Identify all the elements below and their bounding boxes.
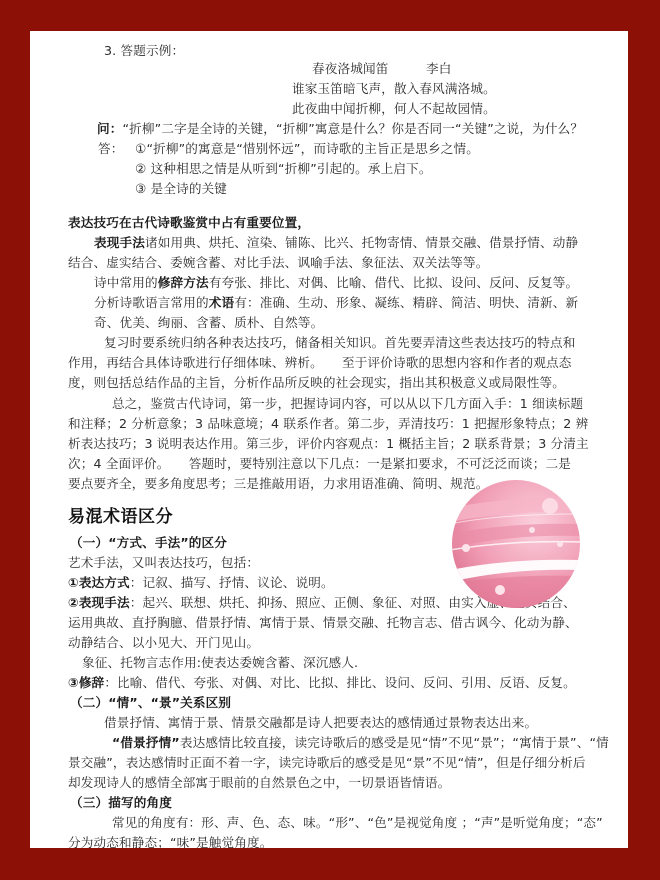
p4-line3: 度，则包括总结作品的主旨，分析作品所反映的社会现实，指出其积极意义或局限性等。	[68, 375, 565, 391]
s1-item1-text: ：记叙、描写、抒情、议论、说明。	[130, 575, 334, 590]
p2-post: 有夸张、排比、对偶、比喻、借代、比拟、设问、反问、反复等。	[209, 275, 579, 290]
p1-bold: 表现手法	[94, 235, 145, 250]
s2-line2: 表达感情比较直接，读完诗歌后的感受是见“情”不见“景”；“寓情于景”、“情	[180, 735, 609, 750]
poem-title: 春夜洛城闻笛	[312, 61, 388, 77]
s3-line2: 分为动态和静态；“味”是触觉角度。	[68, 835, 273, 848]
s1-item2-label: ②表现手法	[68, 595, 130, 610]
s1-item2-line3: 动静结合、以小见大、开门见山。	[68, 635, 259, 651]
p3-post: 有：准确、生动、形象、凝练、精辟、简洁、明快、清新、新	[234, 295, 578, 310]
example-heading: 3. 答题示例：	[104, 43, 184, 59]
p5-line1: 总之，鉴赏古代诗词，第一步，把握诗词内容，可以从以下几方面入手：1 细读标题	[112, 396, 583, 412]
p4-line1: 复习时要系统归纳各种表达技巧，储备相关知识。首先要弄清这些表达技巧的特点和	[104, 335, 576, 351]
p2-pre: 诗中常用的	[94, 275, 158, 290]
answer-2: ② 这种相思之情是从听到“折柳”引起的。承上启下。	[135, 161, 432, 177]
answer-label: 答：	[98, 141, 124, 157]
question-label: 问：	[97, 121, 123, 136]
p3-pre: 分析诗歌语言常用的	[94, 295, 209, 310]
s1-item3-text: ：比喻、借代、夸张、对偶、对比、比拟、排比、设问、反问、引用、反语、反复。	[104, 675, 576, 690]
document-page: 3. 答题示例： 春夜洛城闻笛 李白 谁家玉笛暗飞声，散入春风满洛城。 此夜曲中…	[30, 31, 628, 848]
s1-item2-line2: 运用典故、直抒胸臆、借景抒情、寓情于景、情景交融、托物言志、借古讽今、化动为静、	[68, 615, 578, 631]
answer-1: ①“折柳”的寓意是“惜别怀远”，而诗歌的主旨正是思乡之情。	[135, 141, 479, 157]
answer-3: ③ 是全诗的关键	[135, 181, 227, 197]
s2-line4: 却发现诗人的感情全部寓于眼前的自然景色之中，一切景语皆情语。	[68, 775, 450, 791]
s1-item3-label: ③修辞	[68, 675, 104, 690]
s2-bold: “借景抒情”	[112, 735, 180, 750]
poem-line-2: 此夜曲中闻折柳，何人不起故园情。	[292, 101, 496, 117]
sub3-heading: （三）描写的角度	[70, 795, 172, 811]
p5-line3: 析表达技巧；3 说明表达作用。第三步，评价内容观点：1 概括主旨；2 联系背景；…	[68, 436, 589, 452]
s3-line1: 常见的角度有：形、声、色、态、味。“形”、“色”是视觉角度 ；“声”是听觉角度；…	[112, 815, 603, 831]
p5-line5: 要点要齐全，要多角度思考；三是推敲用语，力求用语准确、简明、规范。	[68, 476, 489, 492]
p5-line2: 和注释；2 分析意象；3 品味意境；4 联系作者。第二步，弄清技巧：1 把握形象…	[68, 416, 588, 432]
p3-bold: 术语	[209, 295, 235, 310]
poem-line-1: 谁家玉笛暗飞声，散入春风满洛城。	[292, 81, 496, 97]
s2-line1: 借景抒情、寓情于景、情景交融都是诗人把要表达的感情通过景物表达出来。	[104, 715, 537, 731]
s1-item1-label: ①表达方式	[68, 575, 130, 590]
poem-author: 李白	[426, 61, 452, 77]
techniques-intro: 表达技巧在古代诗歌鉴赏中占有重要位置，	[68, 215, 310, 231]
p2-bold: 修辞方法	[158, 275, 209, 290]
terms-title: 易混术语区分	[68, 506, 173, 528]
s2-line3: 景交融”，表达感情时正面不着一字，读完诗歌后的感受是见“景”不见“情”，但是仔细…	[68, 755, 586, 771]
s1-note: 象征、托物言志作用:使表达委婉含蓄、深沉感人.	[82, 655, 358, 671]
sub2-heading: （二）“情”、“景”关系区别	[70, 695, 231, 711]
s1-intro: 艺术手法，又叫表达技巧，包括：	[68, 555, 259, 571]
p3-line2: 奇、优美、绚丽、含蓄、质朴、自然等。	[94, 315, 323, 331]
p1-line2: 结合、虚实结合、委婉含蓄、对比手法、讽喻手法、象征法、双关法等等。	[68, 255, 489, 271]
p1-line1: 诸如用典、烘托、渲染、铺陈、比兴、托物寄情、情景交融、借景抒情、动静	[145, 235, 578, 250]
sub1-heading: （一）“方式、手法”的区分	[70, 535, 227, 551]
pink-planet-icon	[450, 478, 582, 610]
p4-line2: 作用，再结合具体诗歌进行仔细体味、辨析。 至于评价诗歌的思想内容和作者的观点态	[68, 355, 571, 371]
question-text: “折柳”二字是全诗的关键，“折柳”寓意是什么？你是否同一“关键”之说，为什么？	[123, 121, 584, 136]
p5-line4: 次；4 全面评价。 答题时，要特别注意以下几点：一是紧扣要求，不可泛泛而谈；二是	[68, 456, 571, 472]
